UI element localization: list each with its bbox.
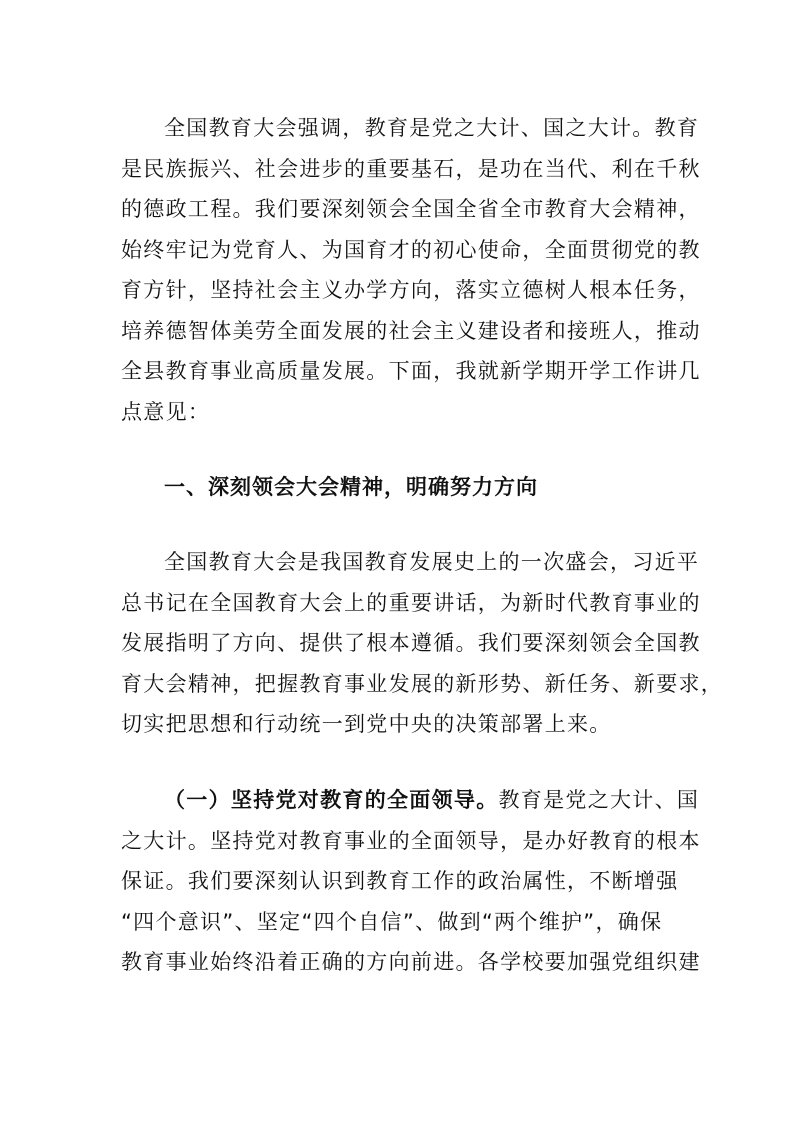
text-line: 总书记在全国教育大会上的重要讲话，为新时代教育事业的 bbox=[121, 583, 669, 624]
section-heading: 一、深刻领会大会精神，明确努力方向 bbox=[164, 472, 538, 502]
document-page: 全国教育大会强调，教育是党之大计、国之大计。教育 是民族振兴、社会进步的重要基石… bbox=[121, 108, 669, 432]
text-line: 之大计。坚持党对教育事业的全面领导，是办好教育的根本 bbox=[121, 821, 669, 862]
text-line: 全国教育大会强调，教育是党之大计、国之大计。教育 bbox=[121, 108, 669, 149]
text-line: 培养德智体美劳全面发展的社会主义建设者和接班人，推动 bbox=[121, 311, 669, 352]
text-line: 发展指明了方向、提供了根本遵循。我们要深刻领会全国教 bbox=[121, 623, 669, 664]
text-line: 育大会精神，把握教育事业发展的新形势、新任务、新要求， bbox=[121, 664, 669, 705]
subsection-first-line: （一）坚持党对教育的全面领导。教育是党之大计、国 bbox=[121, 780, 669, 821]
text-line: 切实把思想和行动统一到党中央的决策部署上来。 bbox=[121, 704, 669, 745]
text-line: “四个意识”、坚定“四个自信”、做到“两个维护”，确保 bbox=[121, 902, 669, 943]
text-line: 教育事业始终沿着正确的方向前进。各学校要加强党组织建 bbox=[121, 942, 669, 983]
text-line: 点意见： bbox=[121, 392, 669, 433]
text-line: 全国教育大会是我国教育发展史上的一次盛会，习近平 bbox=[121, 542, 669, 583]
text-line: 育方针，坚持社会主义办学方向，落实立德树人根本任务， bbox=[121, 270, 669, 311]
subsection-title: （一）坚持党对教育的全面领导。 bbox=[164, 788, 499, 812]
text-line: 始终牢记为党育人、为国育才的初心使命，全面贯彻党的教 bbox=[121, 230, 669, 271]
subsection-first-line-text: 教育是党之大计、国 bbox=[499, 788, 700, 812]
section-paragraph: 全国教育大会是我国教育发展史上的一次盛会，习近平 总书记在全国教育大会上的重要讲… bbox=[121, 542, 669, 745]
subsection-paragraph: （一）坚持党对教育的全面领导。教育是党之大计、国 之大计。坚持党对教育事业的全面… bbox=[121, 780, 669, 983]
intro-paragraph: 全国教育大会强调，教育是党之大计、国之大计。教育 是民族振兴、社会进步的重要基石… bbox=[121, 108, 669, 432]
text-line: 全县教育事业高质量发展。下面，我就新学期开学工作讲几 bbox=[121, 351, 669, 392]
text-line: 的德政工程。我们要深刻领会全国全省全市教育大会精神， bbox=[121, 189, 669, 230]
text-line: 保证。我们要深刻认识到教育工作的政治属性，不断增强 bbox=[121, 861, 669, 902]
text-line: 是民族振兴、社会进步的重要基石，是功在当代、利在千秋 bbox=[121, 149, 669, 190]
